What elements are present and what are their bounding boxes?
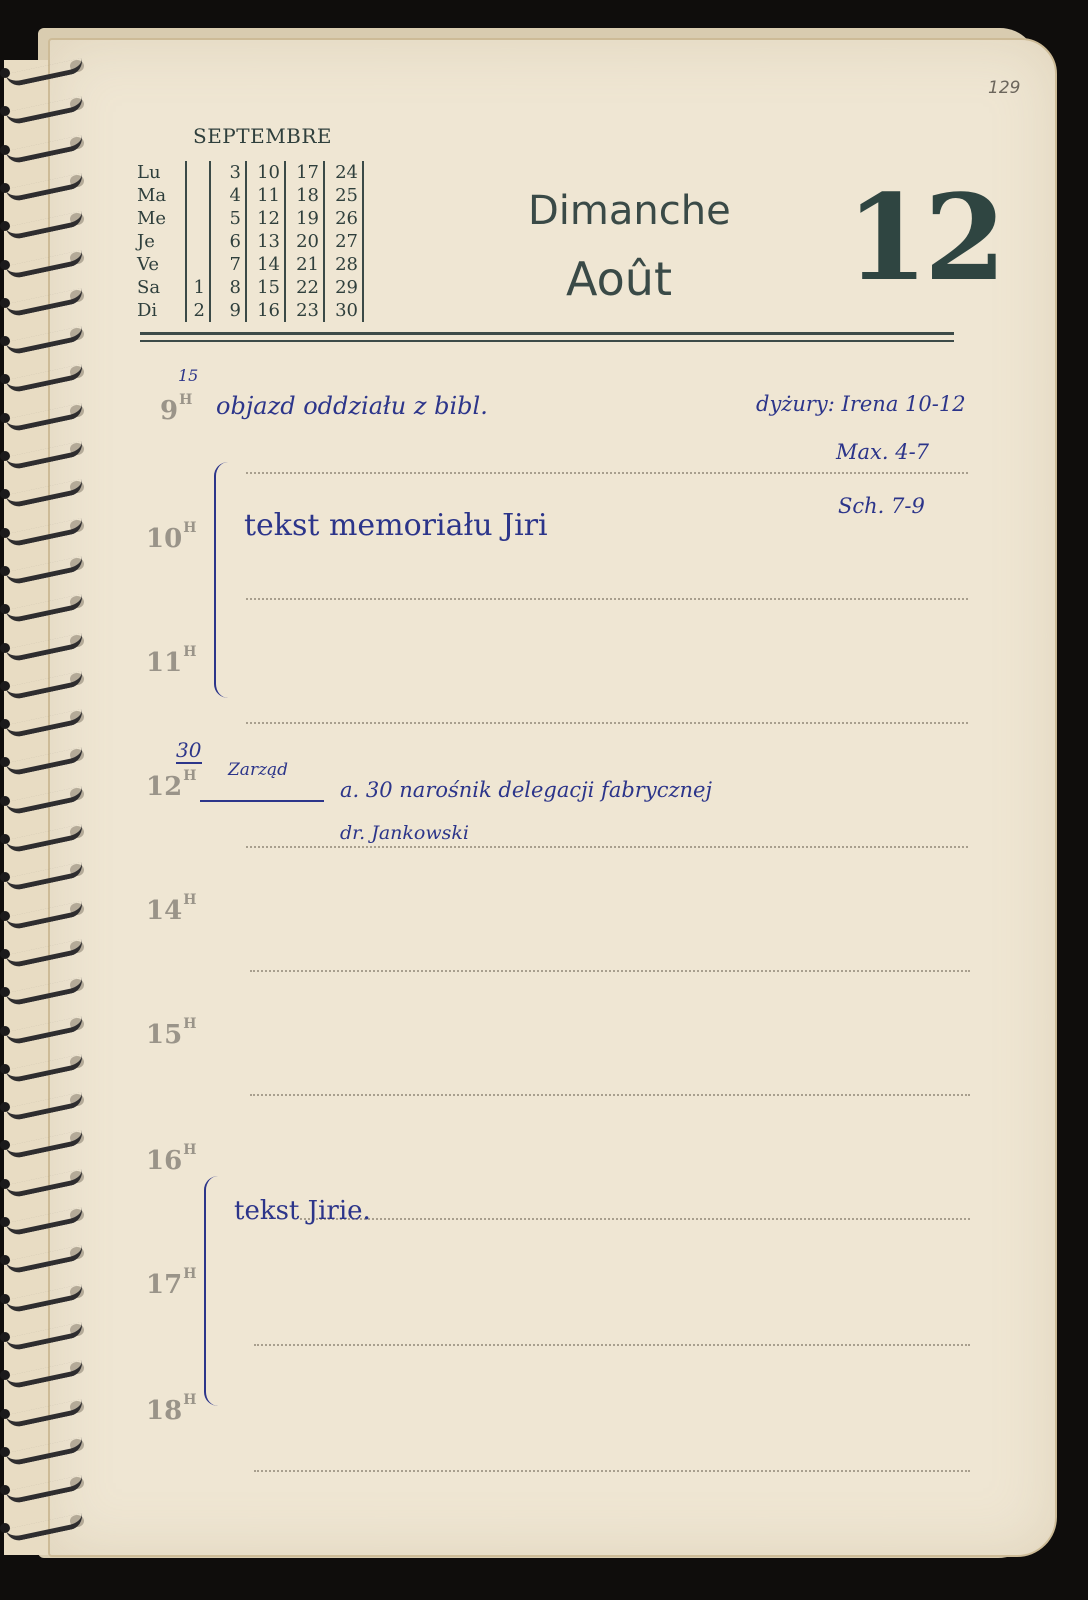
date-cell: 28 — [325, 253, 358, 276]
hour-label-10: 10H — [146, 524, 196, 554]
date-cell: 19 — [286, 207, 319, 230]
spiral-ring — [0, 866, 88, 882]
note-12-text-2: dr. Jankowski — [340, 822, 469, 844]
date-cell: 21 — [286, 253, 319, 276]
weekday: Je — [137, 230, 185, 253]
spiral-ring — [0, 215, 88, 231]
date-cell: 17 — [286, 161, 319, 184]
date-cell: 18 — [286, 184, 319, 207]
spiral-ring — [0, 62, 88, 78]
week-column-3: 10 11 12 13 14 15 16 — [245, 161, 284, 322]
date-cell: 24 — [325, 161, 358, 184]
date-cell: 5 — [211, 207, 241, 230]
spiral-ring — [0, 598, 88, 614]
hour-label-15: 15H — [146, 1020, 196, 1050]
date-cell: 11 — [247, 184, 280, 207]
note-9-text: objazd oddziału z bibl. — [216, 392, 488, 420]
half-hour-line — [246, 472, 968, 474]
weekday: Ma — [137, 184, 185, 207]
spiral-ring — [0, 407, 88, 423]
spiral-ring — [0, 751, 88, 767]
brace-10-11 — [214, 462, 230, 698]
side-note-1: dyżury: Irena 10-12 — [756, 392, 966, 416]
hour-label-16: 16H — [146, 1146, 196, 1176]
hour-label-18: 18H — [146, 1396, 196, 1426]
note-12-label: Zarząd — [228, 760, 288, 780]
half-hour-line — [250, 970, 970, 972]
date-cell: 12 — [247, 207, 280, 230]
spiral-ring — [0, 1326, 88, 1342]
spiral-ring — [0, 1134, 88, 1150]
spiral-ring — [0, 981, 88, 997]
spiral-ring — [0, 1020, 88, 1036]
week-column-4: 17 18 19 20 21 22 23 — [284, 161, 323, 322]
side-note-2: Max. 4-7 — [836, 440, 929, 464]
date-cell: 20 — [286, 230, 319, 253]
spiral-ring — [0, 1249, 88, 1265]
spiral-ring — [0, 368, 88, 384]
date-cell: 26 — [325, 207, 358, 230]
month-name: Août — [566, 252, 672, 306]
minutes-underline — [176, 762, 202, 764]
date-cell: 27 — [325, 230, 358, 253]
spiral-ring — [0, 483, 88, 499]
date-cell — [187, 253, 205, 276]
date-cell — [187, 207, 205, 230]
weekday: Sa — [137, 276, 185, 299]
hour-label-17: 17H — [146, 1270, 196, 1300]
date-cell: 10 — [247, 161, 280, 184]
brace-16-18 — [204, 1176, 218, 1406]
spiral-ring — [0, 100, 88, 116]
weekday: Lu — [137, 161, 185, 184]
spiral-ring — [0, 713, 88, 729]
spiral-ring — [0, 1364, 88, 1380]
side-note-3: Sch. 7-9 — [838, 494, 925, 518]
date-cell: 7 — [211, 253, 241, 276]
date-cell: 3 — [211, 161, 241, 184]
spiral-ring — [0, 522, 88, 538]
date-cell: 25 — [325, 184, 358, 207]
date-cell: 6 — [211, 230, 241, 253]
spiral-ring — [0, 330, 88, 346]
week-column-2: 3 4 5 6 7 8 9 — [209, 161, 245, 322]
spiral-ring — [0, 790, 88, 806]
spiral-ring — [0, 1288, 88, 1304]
spiral-ring — [0, 905, 88, 921]
spiral-ring — [0, 828, 88, 844]
date-cell: 29 — [325, 276, 358, 299]
date-cell: 2 — [187, 299, 205, 322]
spiral-ring — [0, 1058, 88, 1074]
date-cell: 1 — [187, 276, 205, 299]
half-hour-line — [246, 846, 968, 848]
weekday-column: Lu Ma Me Je Ve Sa Di — [137, 161, 185, 322]
week-column-5: 24 25 26 27 28 29 30 — [323, 161, 364, 322]
hour-label-9: 9H — [160, 396, 192, 426]
date-cell: 23 — [286, 299, 319, 322]
spiral-ring — [0, 560, 88, 576]
date-cell: 13 — [247, 230, 280, 253]
weekday: Ve — [137, 253, 185, 276]
note-9-minutes: 15 — [178, 366, 198, 385]
day-number: 12 — [846, 168, 1002, 307]
spiral-ring — [0, 139, 88, 155]
spiral-ring — [0, 1441, 88, 1457]
half-hour-line — [254, 1344, 970, 1346]
half-hour-line — [254, 1470, 970, 1472]
date-cell — [187, 184, 205, 207]
hour-label-11: 11H — [146, 648, 196, 678]
label-underline — [200, 800, 324, 802]
mini-calendar-month: SEPTEMBRE — [193, 124, 332, 148]
spiral-ring — [0, 675, 88, 691]
spiral-ring — [0, 1173, 88, 1189]
date-cell — [187, 230, 205, 253]
date-cell: 16 — [247, 299, 280, 322]
note-12-text: a. 30 narośnik delegacji fabrycznej — [340, 778, 712, 802]
day-name: Dimanche — [528, 188, 731, 234]
date-cell — [187, 161, 205, 184]
header-rule-bottom — [140, 340, 954, 342]
date-cell: 22 — [286, 276, 319, 299]
mini-calendar-grid: Lu Ma Me Je Ve Sa Di 1 2 3 4 5 6 7 8 9 — [137, 161, 364, 322]
date-cell: 15 — [247, 276, 280, 299]
weekday: Di — [137, 299, 185, 322]
spiral-ring — [0, 637, 88, 653]
half-hour-line — [246, 722, 968, 724]
date-cell: 9 — [211, 299, 241, 322]
date-cell: 30 — [325, 299, 358, 322]
spiral-ring — [0, 254, 88, 270]
header-rule-top — [140, 332, 954, 335]
note-16-text: tekst Jirie. — [234, 1196, 371, 1226]
hour-label-12: 12H — [146, 772, 196, 802]
page-number: 129 — [988, 78, 1020, 98]
spiral-ring — [0, 1403, 88, 1419]
half-hour-line — [246, 598, 968, 600]
spiral-ring — [0, 943, 88, 959]
note-12-minutes: 30 — [176, 738, 201, 762]
hour-label-14: 14H — [146, 896, 196, 926]
date-cell: 8 — [211, 276, 241, 299]
spiral-ring — [0, 177, 88, 193]
date-cell: 14 — [247, 253, 280, 276]
half-hour-line — [300, 1218, 970, 1220]
half-hour-line — [250, 1094, 970, 1096]
week-column-1: 1 2 — [185, 161, 209, 322]
date-cell: 4 — [211, 184, 241, 207]
spiral-ring — [0, 292, 88, 308]
spiral-ring — [0, 1096, 88, 1112]
spiral-ring — [0, 1211, 88, 1227]
note-10-text: tekst memoriału Jiri — [244, 508, 548, 543]
spiral-ring — [0, 1479, 88, 1495]
spiral-ring — [0, 1517, 88, 1533]
weekday: Me — [137, 207, 185, 230]
spiral-ring — [0, 445, 88, 461]
